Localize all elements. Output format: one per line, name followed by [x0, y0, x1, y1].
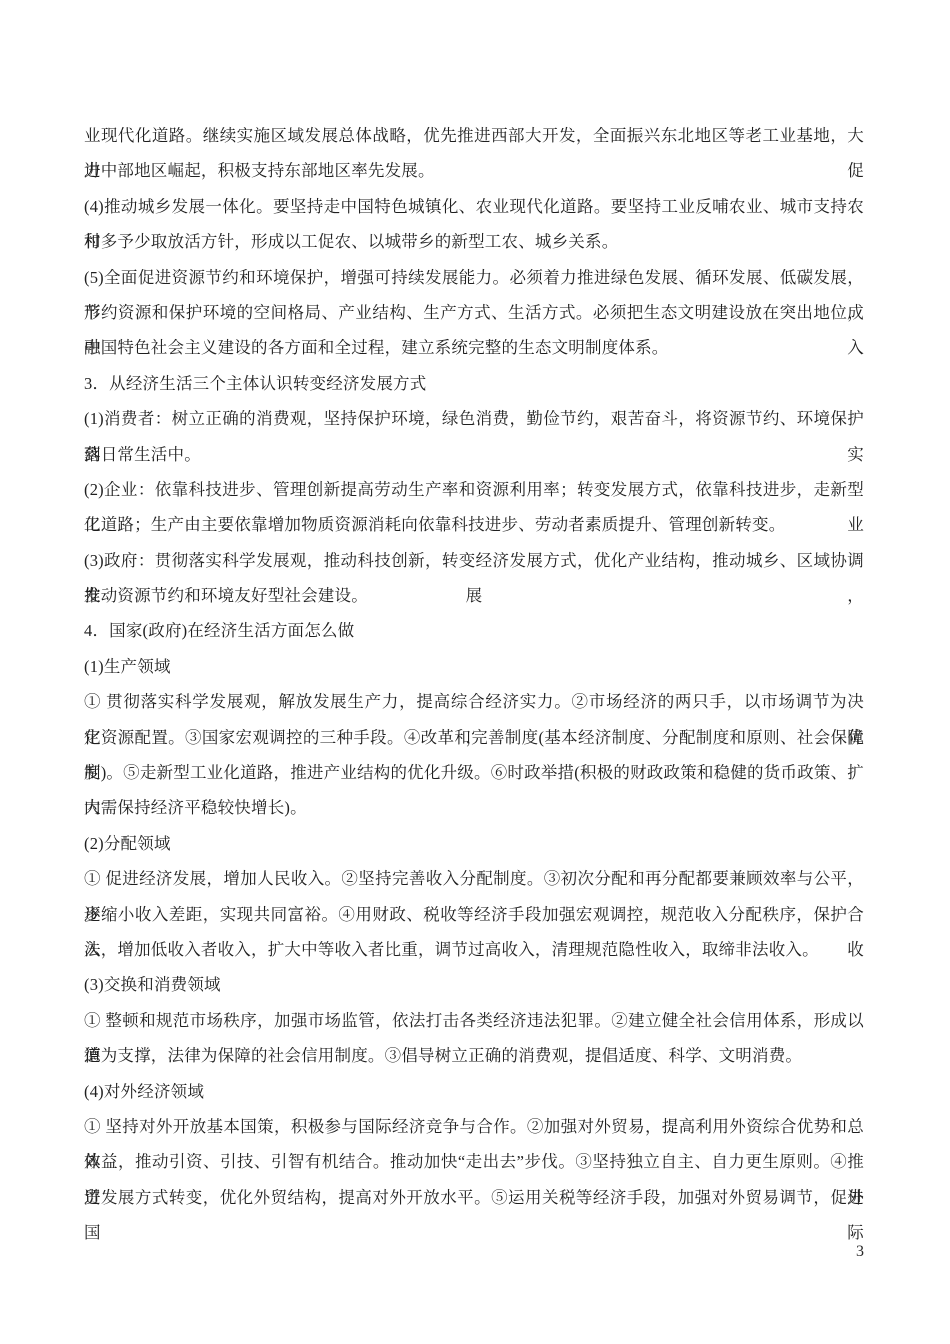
text-line-12: 化道路；生产由主要依靠增加物质资源消耗向依靠科技进步、劳动者素质提升、管理创新转… — [84, 507, 864, 542]
text-line-16: (1)生产领域 — [84, 649, 864, 684]
text-line-13: (3)政府：贯彻落实科学发展观，推动科技创新，转变经济发展方式，优化产业结构，推… — [84, 543, 864, 578]
text-line-29: ① 坚持对外开放基本国策，积极参与国际经济竞争与合作。②加强对外贸易，提高利用外… — [84, 1109, 864, 1144]
text-line-26: ① 整顿和规范市场秩序，加强市场监管，依法打击各类经济违法犯罪。②建立健全社会信… — [84, 1003, 864, 1038]
text-line-1: 业现代化道路。继续实施区域发展总体战略，优先推进西部大开发，全面振兴东北地区等老… — [84, 118, 864, 153]
text-line-31: 贸发展方式转变，优化外贸结构，提高对外开放水平。⑤运用关税等经济手段，加强对外贸… — [84, 1180, 864, 1215]
text-line-27: 德为支撑，法律为保障的社会信用制度。③倡导树立正确的消费观，提倡适度、科学、文明… — [84, 1038, 864, 1073]
text-line-17: ① 贯彻落实科学发展观，解放发展生产力，提高综合经济实力。②市场经济的两只手，以… — [84, 684, 864, 719]
text-line-9: (1)消费者：树立正确的消费观，坚持保护环境，绿色消费，勤俭节约，艰苦奋斗，将资… — [84, 401, 864, 436]
text-line-11: (2)企业：依靠科技进步、管理创新提高劳动生产率和资源利用率；转变发展方式，依靠… — [84, 472, 864, 507]
text-line-15: 4．国家(政府)在经济生活方面怎么做 — [84, 613, 864, 648]
text-line-22: ① 促进经济发展，增加人民收入。②坚持完善收入分配制度。③初次分配和再分配都要兼… — [84, 861, 864, 896]
page-number: 3 — [856, 1243, 864, 1260]
text-line-23: 步缩小收入差距，实现共同富裕。④用财政、税收等经济手段加强宏观调控，规范收入分配… — [84, 897, 864, 932]
text-block: 业现代化道路。继续实施区域发展总体战略，优先推进西部大开发，全面振兴东北地区等老… — [84, 118, 864, 1215]
text-line-4: 和多予少取放活方针，形成以工促农、以城带乡的新型工农、城乡关系。 — [84, 224, 864, 259]
text-line-18: 化资源配置。③国家宏观调控的三种手段。④改革和完善制度(基本经济制度、分配制度和… — [84, 720, 864, 755]
text-line-3: (4)推动城乡发展一体化。要坚持走中国特色城镇化、农业现代化道路。要坚持工业反哺… — [84, 189, 864, 224]
text-line-6: 节约资源和保护环境的空间格局、产业结构、生产方式、生活方式。必须把生态文明建设放… — [84, 295, 864, 330]
text-line-25: (3)交换和消费领域 — [84, 967, 864, 1002]
text-line-21: (2)分配领域 — [84, 826, 864, 861]
text-line-8: 3．从经济生活三个主体认识转变经济发展方式 — [84, 366, 864, 401]
page-footer: 3 — [84, 1243, 864, 1261]
text-line-28: (4)对外经济领域 — [84, 1074, 864, 1109]
text-line-20: 内需保持经济平稳较快增长)。 — [84, 790, 864, 825]
text-line-24: 入，增加低收入者收入，扩大中等收入者比重，调节过高收入，清理规范隐性收入，取缔非… — [84, 932, 864, 967]
text-line-19: 度)。⑤走新型工业化道路，推进产业结构的优化升级。⑥时政举措(积极的财政政策和稳… — [84, 755, 864, 790]
text-line-5: (5)全面促进资源节约和环境保护，增强可持续发展能力。必须着力推进绿色发展、循环… — [84, 260, 864, 295]
document-page: 业现代化道路。继续实施区域发展总体战略，优先推进西部大开发，全面振兴东北地区等老… — [0, 0, 950, 1344]
text-line-30: 效益，推动引资、引技、引智有机结合。推动加快“走出去”步伐。③坚持独立自主、自力… — [84, 1144, 864, 1179]
